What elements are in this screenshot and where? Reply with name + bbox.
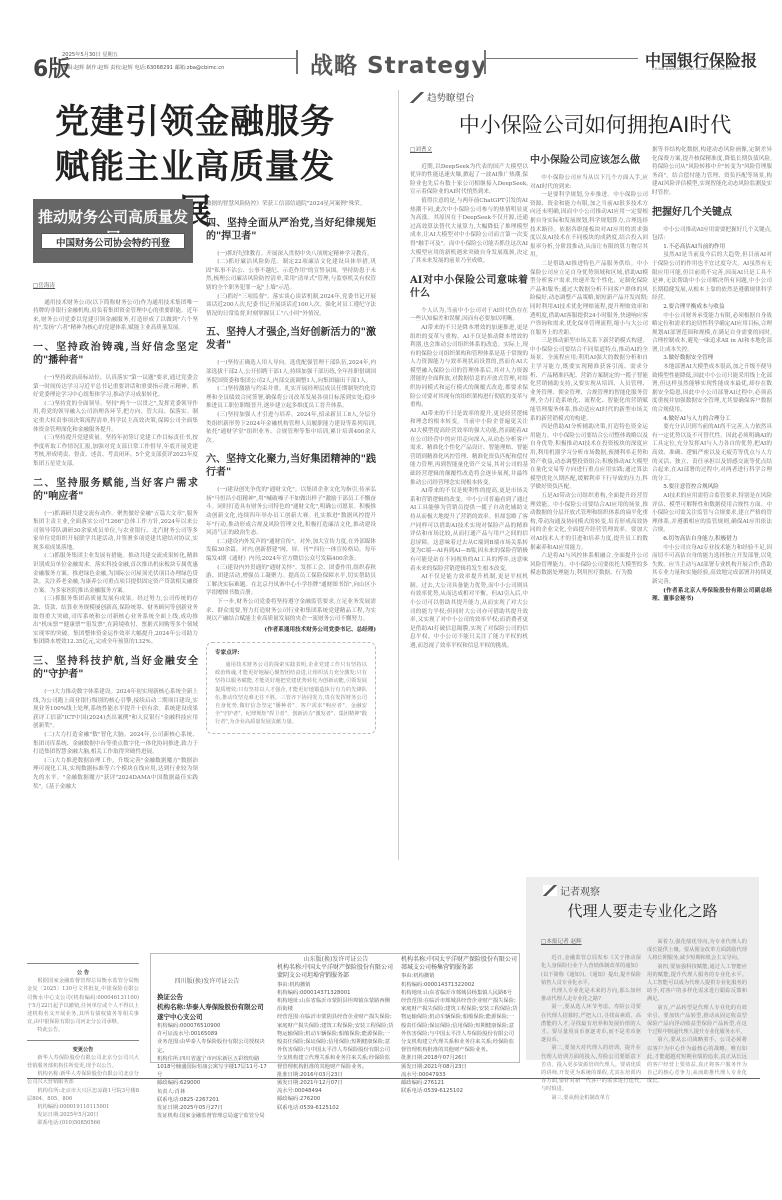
notice-title: 公 告 [27, 969, 139, 977]
notice-line: 联系电话:(010)50850566 [27, 1119, 139, 1127]
right-article-col3: 据等非结构化数据,构建动态风险画像,定制差异化保费方案,提升核保精准度,降低长期… [652, 146, 772, 604]
notice-line: 流水号:00048494 [277, 1087, 395, 1095]
paragraph: 三是推动新型市场关系下新营销模式构建。中小保险公司要结合不同渠道特点,推动AI的… [530, 337, 648, 423]
notice-line: 机构编码:000014371328001 [277, 989, 395, 997]
paragraph: (二)抓好廉洁风险防范。制定22项廉洁文化建设具体举措,巩固"私事不沾公、公事不… [206, 258, 376, 292]
expert-comment-label: 专家点评: [215, 649, 367, 658]
notice-line: 颁发日期:2021年12月07日 [277, 1079, 395, 1087]
editor-meta: 编辑:赵辉 制作:赵辉 责校:赵辉 电话:63068291 邮箱:zba@cbi… [62, 64, 224, 71]
paragraph: AI不仅是能力效率提升机制,更是平权机制。过去,大公司具备能力优势,而中小公司则… [410, 573, 528, 650]
notice-line: 负责人:肖林 [157, 1088, 267, 1096]
paragraph: 个人认为,当前中小公司对于AI时代仍存在一些认知偏差和误解,因而有必要加以明晰。 [410, 307, 528, 324]
notice-heading: 四川版(换)发许可证公告 [151, 978, 263, 986]
paragraph: 二是借助AI推进特色产品服务供给。中小保险公司应立足自身优势领域和区域,借助AI… [530, 260, 648, 337]
notice-line: 发证日期:2025年5月20日 [27, 1111, 139, 1119]
notice-line: 机构地址:山东省临沂市蒙阴县坦埠镇东蒙路西侧沿街楼 [277, 997, 395, 1013]
paragraph: (三)坚持加强人才引进与培养。2024年,招录新员工8人,分层分类组织新形势下2… [206, 411, 376, 445]
paragraph: AI技术的应用需符合监管要求,特别是在风险评估、模型可解释性和数据使用合规性方面… [652, 492, 772, 535]
section-heading: 中小保险公司应该怎么做 [530, 154, 648, 167]
right-article-col1: □刘耆文 近期,以DeepSeek为代表的国产大模型以优异的性能迅速火爆,掀起了… [410, 146, 528, 650]
notice-line: 机构住所:北京市大兴区忠凉路1号院3号楼8层804、805、806 [27, 1087, 139, 1103]
slash-box-icon [410, 92, 424, 103]
notice-line: 事由:机构撤销 [277, 981, 395, 989]
notice-line: 许可证流水号:00165089 [157, 1030, 267, 1038]
paragraph: 据等非结构化数据,构建动态风险画像,定制差异化保费方案,提升核保精准度,降低长期… [652, 146, 772, 198]
paragraph: 中小公司推动AI应用需要把握好几个关键点,包括: [652, 226, 772, 243]
notice-line: 机构编码:000014371322002 [401, 981, 519, 989]
notice-line: 邮政编码:276121 [401, 1079, 519, 1087]
intro-paragraph: 通用技术财务公司(以下简称财务公司)作为通用技术集团唯一持牌的非银行金融机构,肩… [33, 299, 198, 333]
paragraph: (二)大力打造金融"数"智化大脑。2024年,公司新核心系统、集团司库系统、金融… [33, 731, 198, 757]
header-divider [484, 50, 486, 74]
page-bottom-rule [27, 1078, 760, 1079]
subheading: 5.要注意管控合规风险 [652, 483, 772, 492]
notice-line: 机构编码:000076510900 [157, 1022, 267, 1030]
paragraph: 值得注意的是,与两年前ChatGPT引发的AI热潮不同,此次中小保险公司参与的热… [410, 197, 528, 266]
section-heading: 六、坚持文化聚力,当好集团精神的"践行者" [206, 453, 376, 479]
notice-middle: 山东版(换)发许可证公告 机构名称:中国太平洋财产保险股份有限公司蒙阴支公司坦埠… [277, 956, 395, 1112]
right-article-col2: 中小保险公司应该怎么做中小保险公司应当从以下几个方面入手,应对AI时代的到来:一… [530, 146, 648, 578]
paragraph: 第一,要从选人环节考虑。寿险公司要在代理人招募时,严把入口,寻找高素质、高潜能的… [541, 1003, 641, 1044]
notice-title: 换证公告 [157, 992, 267, 1002]
notice-line: 颁发日期:2021年08月23日 [401, 1063, 519, 1071]
divider [27, 963, 139, 964]
license-notice-box: 四川版(换)发许可证公告 换证公告 机构名称:华泰人寿保险股份有限公司遂宁中心支… [150, 953, 520, 1063]
paragraph: (一)坚持政治高标站位。认真落实"第一议题"要求,通过党委会第一时间传达学习习近… [33, 374, 198, 400]
notice-line: 机构编码:000019110115001 [27, 1103, 139, 1111]
notice-line: 发证机构:国家金融监督管理总局遂宁监管分局 [157, 1112, 267, 1120]
notice-right: 机构名称:中国太平洋财产保险股份有限公司郯城支公司杨集营销服务部 事由:机构撤销… [401, 956, 519, 1095]
byline: □岳海涛 [33, 282, 198, 291]
notice-line: 联系电话:0539-6125102 [277, 1104, 395, 1112]
paragraph: AI带来的不只是效率的提升,更是经营逻辑和理念的根本转变。当前中小险企普遍更关注… [410, 410, 528, 487]
byline: □刘耆文 [410, 146, 528, 155]
paragraph: (一)抓调研共建交流有动作。聚焦做好金融"五篇大文章",服务集团主责主业,全面落… [33, 510, 198, 553]
institution-name: 机构名称:华泰人寿保险股份有限公司遂宁中心支公司 [157, 1002, 267, 1022]
reporter-col2: 面着力,强化绩优导向,为专业代理人的成长提供土壤。要从佣金改革方面鼓励代理人将长… [647, 938, 747, 1086]
paragraph: (三)抓服务集团高质量发展有成果。经过努力,公司传统的存款、贷款、结算业务规模屡… [33, 595, 198, 647]
paragraph: (三)坚持提升党建质量。坚持年初签订党建工作目标责任书,按季度听取工作情况汇报,… [33, 434, 198, 468]
notice-line: 经营范围:在临沂市郯城县经营企业财产损失保险;家庭财产损失保险;建筑工程保险;安… [401, 997, 519, 1054]
paragraph: 要充分认识到当前的AI尚不完善,人力依然具有一定优势以及不可替代性。因此必须明确… [652, 423, 772, 483]
paragraph: AI带来的不仅是便利性的提高,更是市场关系和营销逻辑的改变。中小公司普遍看到了通… [410, 487, 528, 573]
notice-line: 机构地址:山东省临沂市郯城县杨集镇人民路6号 [401, 989, 519, 997]
kicker-label: 趋势瞭望台 [427, 90, 475, 104]
paragraph: 第三,要从佣金机制改革方 [541, 1094, 641, 1102]
divider [27, 1040, 139, 1041]
paragraph: (三)大力推进数据治理工作。升级完善"金融数据魔方"数据治理可视化工具,实现数据… [33, 757, 198, 791]
paragraph: 近日,金融监管总局发布《关于推动深化人身保险行业个人营销体制改革的通知》(以下简… [541, 954, 641, 987]
section-heading: AI对中小保险公司意味着什么 [410, 274, 528, 300]
section-heading: 二、坚持服务赋能,当好客户需求的"响应者" [33, 477, 198, 503]
author-note: (作者系通用技术财务公司党委书记、总经理) [206, 626, 376, 635]
paragraph: AI带来的不只是降本增效的加速推进,更是组织的变革与重构。AI不仅是推动降本增效… [410, 324, 528, 410]
paragraph: 第二,要加大对代理人的培训。提升在代理人培训方面的投入,寿险公司要愿意下苦功、投… [541, 1044, 641, 1093]
issue-date: 2025年5月30日 星期五 [62, 51, 118, 58]
kicker-label: 记者观察 [560, 883, 600, 898]
paragraph: (二)建设内外发声的"通财宣传"。对外,加大宣传力度,在外部媒体发稿30余篇。对… [206, 538, 376, 564]
institution-name: 机构名称:中国太平洋财产保险股份有限公司蒙阴支公司坦埠营销服务部 [277, 964, 395, 980]
notice-line: 业务范围:由华泰人寿保险股份有限公司授权决定。 [157, 1038, 267, 1054]
notice-line: 联系电话:0539-6125102 [401, 1087, 519, 1095]
notice-heading: 山东版(换)发许可证公告 [277, 956, 395, 964]
paragraph: 面着力,强化绩优导向,为专业代理人的成长提供土壤。要从佣金改革方面鼓励代理人将长… [647, 938, 747, 963]
column-banner-subtitle: 中国财务公司协会特约刊登 [41, 235, 185, 249]
header-rule [62, 58, 298, 59]
section-heading: 把握好几个关键点 [652, 206, 772, 219]
subheading: 4.做好AI与人力的合理分工 [652, 415, 772, 424]
notice-line: 经营范围:在临沂市蒙阴县经营企业财产损失保险;家庭财产损失保险;建筑工程保险;安… [277, 1013, 395, 1070]
notice-body: 新华人寿保险股份有限公司北京分公司兴大营销服务部机构住所变更,现予以公告。 [27, 1054, 139, 1070]
subheading: 2.要合理平衡成本与收益 [652, 303, 772, 312]
paragraph: 代理人专业化是未来的方向,那么如何推动代理人走专业化之路? [541, 987, 641, 1003]
notice-body: 根据国家金融监督管理总局衡水监管分局衡金复〔2025〕130号文件批复,中银保险… [27, 977, 139, 1026]
paragraph: (一)建设创先争优的"通财文化"。以集团企业文化为指引,传承弘扬"马恒昌小组精神… [206, 486, 376, 538]
slash-box-icon [543, 885, 557, 896]
paragraph: 本地部署AI大模型成本很高,加之升级不便导致模型性能降低,因此中小公司只能采用线… [652, 363, 772, 415]
right-article-headline: 中小保险公司如何拥抱AI时代 [410, 109, 780, 139]
paragraph: 第四,要加强科技赋能,通过人工智能应用的赋能,提升代理人服务的专业化水平。人工智… [647, 963, 747, 1004]
author-note: (作者系北京人寿保险股份有限公司副总经理、董事会秘书) [652, 587, 772, 604]
notice-column: 公 告 根据国家金融监督管理总局衡水监管分局衡金复〔2025〕130号文件批复,… [27, 958, 139, 1128]
institution-name: 机构名称:中国太平洋财产保险股份有限公司郯城支公司杨集营销服务部 [401, 956, 519, 972]
newspaper-logo-subtitle: CHINA BANKING AND INSURANCE NEWS [652, 67, 732, 71]
notice-line: 邮政编码:276200 [277, 1095, 395, 1103]
paragraph: 虽然AI是当前及今后的大趋势,但目前AI对于保险公司的作用也不宜过度夸大。AI虽… [652, 251, 772, 303]
left-article-col1: □岳海涛 通用技术财务公司(以下简称财务公司)作为通用技术集团唯一持牌的非银行金… [33, 282, 198, 791]
notice-line: 发证日期:2025年05月27日 [157, 1104, 267, 1112]
notice-end: 特此公告。 [27, 1026, 139, 1034]
paragraph: 中小保险公司应当从以下几个方面入手,应对AI时代的到来: [530, 174, 648, 191]
paragraph: (二)抓服务集团主业发展有措施。推动共建交流成果转化,精准识别成员单位金融需求。… [33, 552, 198, 595]
expert-comment-box: 专家点评: 通用技术财务公司的探索实践表明,企业党建工作只有坚持以政治铸魂,才能… [206, 642, 376, 733]
notice-line: 邮政编码:629000 [157, 1079, 267, 1087]
column-kicker: 趋势瞭望台 [410, 90, 475, 104]
paragraph: (一)大力推动数字体系建设。2024年初实现新核心系统全新上线,为公司跑上商业银… [33, 688, 198, 731]
paragraph: (二)坚持激励与约束并重。扎实开展经理层成员任期制契约化管理和全员绩效合同签署,… [206, 385, 376, 411]
section-title: 战略 Strategy [310, 47, 487, 80]
paragraph: 数据的智慧风险防控》荣获工信部信通院"2024星河案例"殊荣。 [206, 200, 376, 209]
paragraph: (三)建设内外贯通的"通财关怀"。发挥工会、团委作用,组织春秋游、团建活动,增强… [206, 564, 376, 598]
notice-line: 批准日期:2018年07月26日 [401, 1054, 519, 1062]
headline-line-1: 党建引领金融服务 [55, 100, 335, 145]
paragraph: 四是借助AI分析辅助决策,打造特色资金运用能力。中小保险公司要结合公司整体战略以… [530, 423, 648, 492]
paragraph: 中小公司自身AI专业技术能力和经验不足,因而切不可高估自身的能力选择独立开发部署… [652, 544, 772, 587]
paragraph: 中小公司财务承受能力有限,必须根据自身战略定位和需求的迫切性科学确定AI应用目标… [652, 312, 772, 355]
paragraph: (一)抓好纪律教育。开展深入贯彻中央八项规定精神学习教育。 [206, 250, 376, 259]
notice-line: 事由:机构撤销 [401, 972, 519, 980]
subheading: 1.不必高估AI当前的作用 [652, 243, 772, 252]
paragraph: 下一步,财务公司党委将坚持遵守金融监管要求,立足业务发展需求、群众需要,努力打造… [206, 598, 376, 624]
subheading: 3.做好数据安全管理 [652, 354, 772, 363]
section-heading: 一、坚持政治铸魂,当好信念坚定的"播种者" [33, 341, 198, 367]
section-heading: 四、坚持全面从严治党,当好纪律规矩的"捍卫者" [206, 217, 376, 243]
reporter-kicker: 记者观察 [543, 883, 600, 898]
section-heading: 三、坚持科技护航,当好金融安全的"守护者" [33, 655, 198, 681]
byline: □本报记者 赵辉 [541, 938, 641, 946]
paragraph: 第五,产品转型是代理人专业化的有效牵引。要加快产品转型,推动从固定收益型保险产品… [647, 1004, 747, 1037]
expert-comment-text: 通用技术财务公司的探索实践表明,企业党建工作只有坚持以政治铸魂,才能更好地凝心聚… [215, 661, 367, 727]
paragraph: (三)抓好"三项监督"。落实谈心谈话机制,2024年,党委书记开展谈话近200人… [206, 293, 376, 319]
paragraph: 五是AI带动公司组织重构,全面提升经营管理效能。中小保险公司要结合AI应用的场景… [530, 492, 648, 552]
notice-title: 变更公告 [27, 1046, 139, 1054]
reporter-headline: 代理人要走专业化之路 [526, 900, 759, 921]
subheading: 6.切勿高估自身能力,积极借力 [652, 535, 772, 544]
left-article-col2: 数据的智慧风险防控》荣获工信部信通院"2024星河案例"殊荣。 四、坚持全面从严… [206, 200, 376, 734]
paragraph: 一是要科学规划,分步推进。中小保险公司资源、资金和能力有限,加之当前AI很多技术… [530, 191, 648, 260]
section-heading: 五、坚持人才强企,当好创新活力的"激发者" [206, 326, 376, 352]
notice-left: 换证公告 机构名称:华泰人寿保险股份有限公司遂宁中心支公司 机构编码:00007… [157, 992, 267, 1120]
notice-line: 机构住所:四川省遂宁市河东新区五彩缤纷路1018号楠盛国际恒康公寓写字楼17层1… [157, 1055, 267, 1080]
paragraph: (一)坚持正确选人用人导向。选优配强管理干部队伍,2024年,内部选拔干部2人,… [206, 359, 376, 385]
notice-line: 联系电话:0825-2267201 [157, 1096, 267, 1104]
header-divider [296, 50, 298, 74]
header-rule [486, 58, 638, 59]
paragraph: 六是将AI与风控体系相融合,全面提升公司风险管理能力。中小保险公司要依托大模型的… [530, 552, 648, 578]
column-divider [398, 90, 399, 860]
paragraph: (二)坚持党的全面领导。坚持"两个一以贯之",发挥党委领导作用,将党的领导融入公… [33, 400, 198, 434]
paragraph: 近期,以DeepSeek为代表的国产大模型以优异的性能迅速火爆,掀起了一波AI推… [410, 163, 528, 197]
